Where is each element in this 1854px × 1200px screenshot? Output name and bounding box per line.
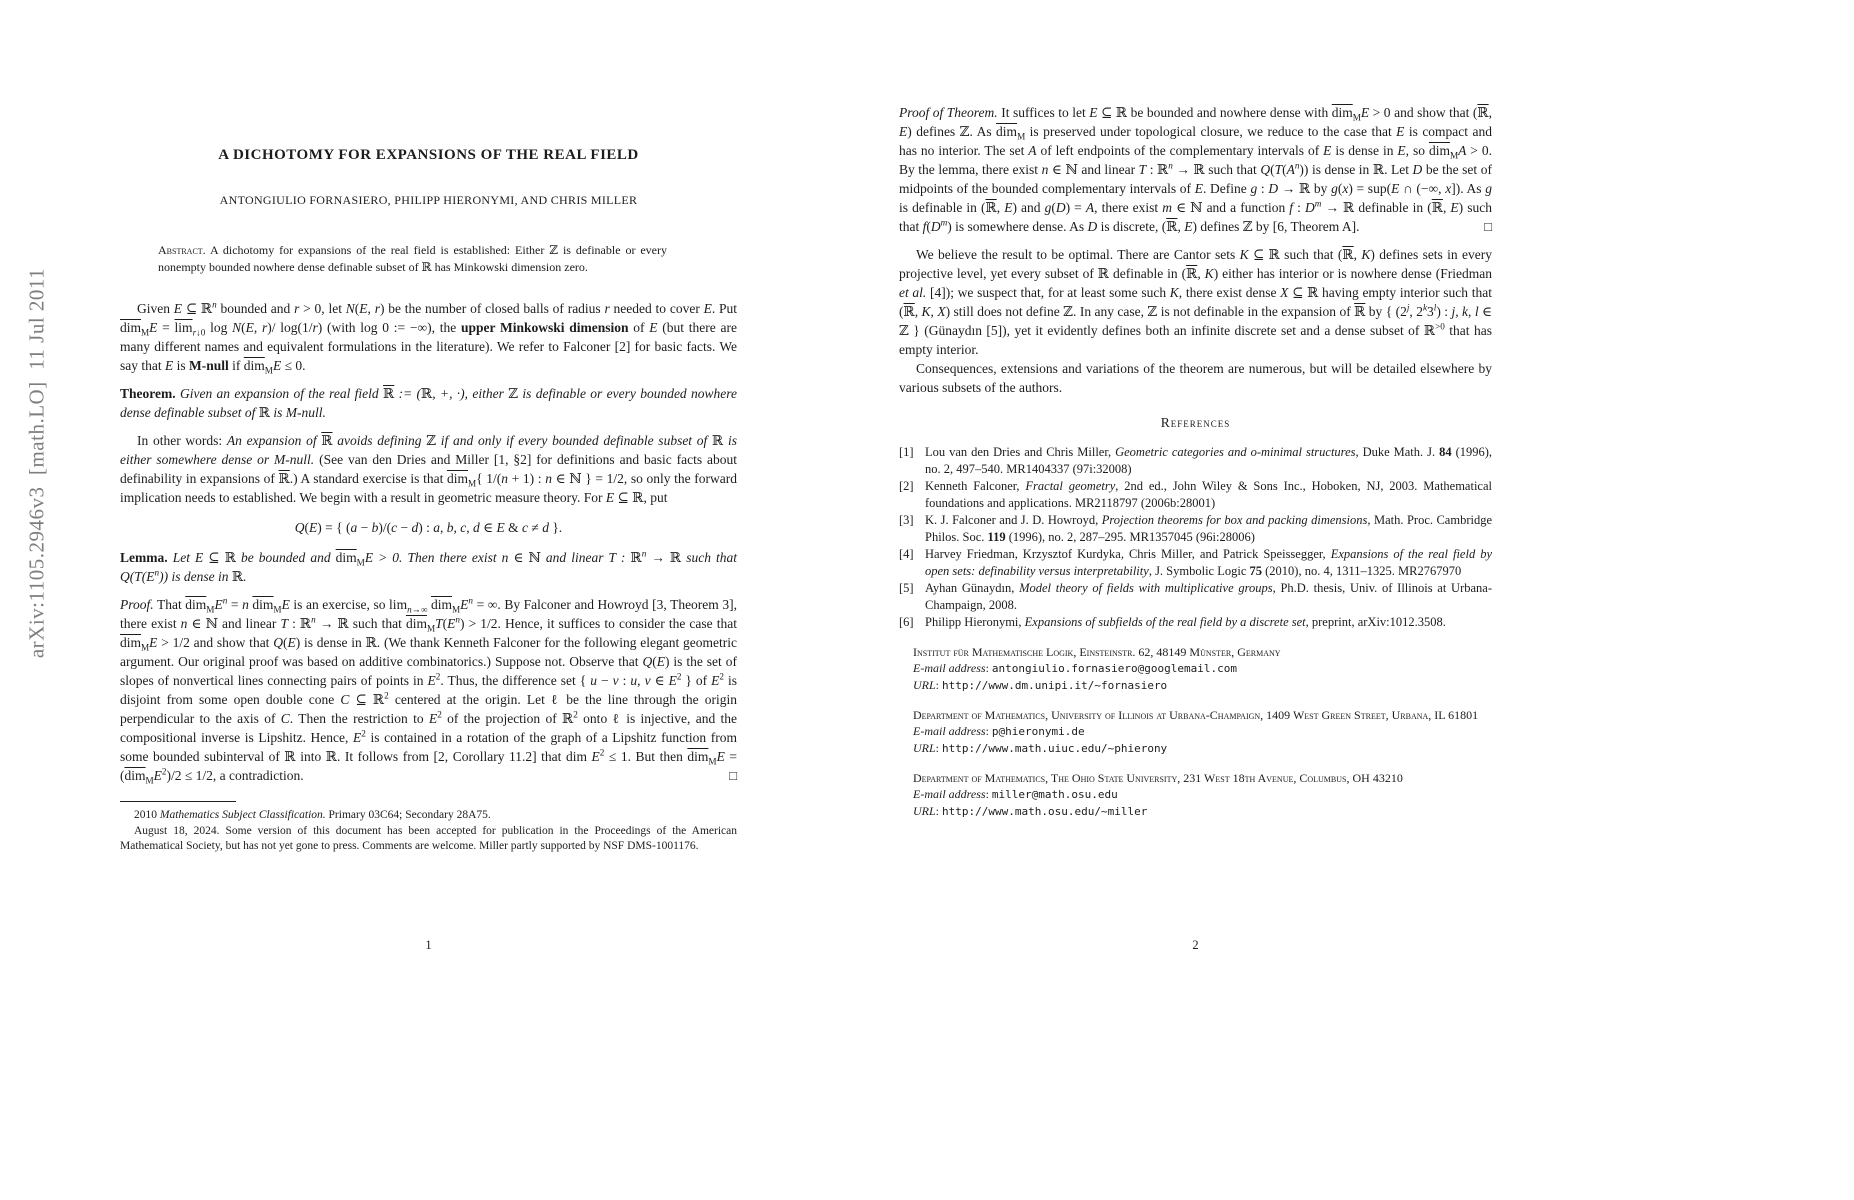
reference-number: [1] <box>899 444 925 461</box>
reference-item: [5]Ayhan Günaydın, Model theory of field… <box>899 580 1492 614</box>
abstract-label: Abstract. <box>158 243 206 257</box>
reference-item: [3]K. J. Falconer and J. D. Howroyd, Pro… <box>899 512 1492 546</box>
affiliation-address: Institut für Mathematische Logik, Einste… <box>899 644 1492 660</box>
url-value: http://www.math.uiuc.edu/~phierony <box>942 742 1167 755</box>
email-value: miller@math.osu.edu <box>992 788 1118 801</box>
references-heading: References <box>899 413 1492 432</box>
affiliation-url: URL: http://www.dm.unipi.it/~fornasiero <box>913 677 1492 694</box>
affiliation-email: E-mail address: p@hieronymi.de <box>913 723 1492 740</box>
reference-text: Kenneth Falconer, Fractal geometry, 2nd … <box>925 479 1492 510</box>
page-2: Proof of Theorem. It suffices to let E ⊆… <box>899 103 1492 820</box>
footnote-rule <box>120 801 236 802</box>
affiliation-url: URL: http://www.math.uiuc.edu/~phierony <box>913 740 1492 757</box>
url-value: http://www.math.osu.edu/~miller <box>942 805 1147 818</box>
reference-text: Lou van den Dries and Chris Miller, Geom… <box>925 445 1492 476</box>
affiliation-block: Department of Mathematics, University of… <box>899 707 1492 757</box>
reference-item: [2]Kenneth Falconer, Fractal geometry, 2… <box>899 478 1492 512</box>
reference-text: Ayhan Günaydın, Model theory of fields w… <box>925 581 1492 612</box>
paper-authors: ANTONGIULIO FORNASIERO, PHILIPP HIERONYM… <box>120 191 737 210</box>
reference-text: Philipp Hieronymi, Expansions of subfiel… <box>925 615 1446 629</box>
affiliation-email: E-mail address: miller@math.osu.edu <box>913 786 1492 803</box>
email-value: antongiulio.fornasiero@googlemail.com <box>992 662 1237 675</box>
paragraph-restatement: In other words: An expansion of ℝ avoids… <box>120 431 737 507</box>
paragraph-intro: Given E ⊆ ℝn bounded and r > 0, let N(E,… <box>120 299 737 375</box>
lemma-block: Lemma. Let E ⊆ ℝ be bounded and dimME > … <box>120 548 737 586</box>
affiliation-email: E-mail address: antongiulio.fornasiero@g… <box>913 660 1492 677</box>
paper-title: A DICHOTOMY FOR EXPANSIONS OF THE REAL F… <box>120 146 737 165</box>
footnote-area: 2010 Mathematics Subject Classification.… <box>120 808 737 855</box>
reference-number: [3] <box>899 512 925 529</box>
url-value: http://www.dm.unipi.it/~fornasiero <box>942 679 1167 692</box>
reference-item: [4]Harvey Friedman, Krzysztof Kurdyka, C… <box>899 546 1492 580</box>
email-label: E-mail address <box>913 724 986 738</box>
abstract: Abstract. A dichotomy for expansions of … <box>158 242 667 275</box>
reference-item: [6]Philipp Hieronymi, Expansions of subf… <box>899 614 1492 631</box>
affiliation-url: URL: http://www.math.osu.edu/~miller <box>913 803 1492 820</box>
email-label: E-mail address <box>913 787 986 801</box>
abstract-text: A dichotomy for expansions of the real f… <box>158 243 667 274</box>
arxiv-watermark: arXiv:1105.2946v3 [math.LO] 11 Jul 2011 <box>25 268 50 658</box>
proof-lemma: Proof. That dimMEn = n dimME is an exerc… <box>120 595 737 785</box>
page-1: A DICHOTOMY FOR EXPANSIONS OF THE REAL F… <box>120 146 737 855</box>
paragraph-optimality: We believe the result to be optimal. The… <box>899 245 1492 359</box>
reference-text: K. J. Falconer and J. D. Howroyd, Projec… <box>925 513 1492 544</box>
url-label: URL <box>913 804 936 818</box>
affiliation-address: Department of Mathematics, The Ohio Stat… <box>899 770 1492 786</box>
equation-qe: Q(E) = { (a − b)/(c − d) : a, b, c, d ∈ … <box>120 518 737 537</box>
affiliation-block: Institut für Mathematische Logik, Einste… <box>899 644 1492 694</box>
reference-number: [2] <box>899 478 925 495</box>
reference-number: [5] <box>899 580 925 597</box>
paragraph-consequences: Consequences, extensions and variations … <box>899 359 1492 397</box>
footnote-date: August 18, 2024. Some version of this do… <box>120 824 737 855</box>
footnote-msc: 2010 Mathematics Subject Classification.… <box>120 808 737 824</box>
reference-text: Harvey Friedman, Krzysztof Kurdyka, Chri… <box>925 547 1492 578</box>
reference-number: [6] <box>899 614 925 631</box>
reference-item: [1]Lou van den Dries and Chris Miller, G… <box>899 444 1492 478</box>
page-number-2: 2 <box>899 938 1492 953</box>
email-label: E-mail address <box>913 661 986 675</box>
affiliation-address: Department of Mathematics, University of… <box>899 707 1492 723</box>
affiliation-block: Department of Mathematics, The Ohio Stat… <box>899 770 1492 820</box>
url-label: URL <box>913 741 936 755</box>
theorem-block: Theorem. Given an expansion of the real … <box>120 384 737 422</box>
references-list: [1]Lou van den Dries and Chris Miller, G… <box>899 444 1492 631</box>
email-value: p@hieronymi.de <box>992 725 1085 738</box>
reference-number: [4] <box>899 546 925 563</box>
page-number-1: 1 <box>120 938 737 953</box>
proof-of-theorem: Proof of Theorem. It suffices to let E ⊆… <box>899 103 1492 236</box>
url-label: URL <box>913 678 936 692</box>
